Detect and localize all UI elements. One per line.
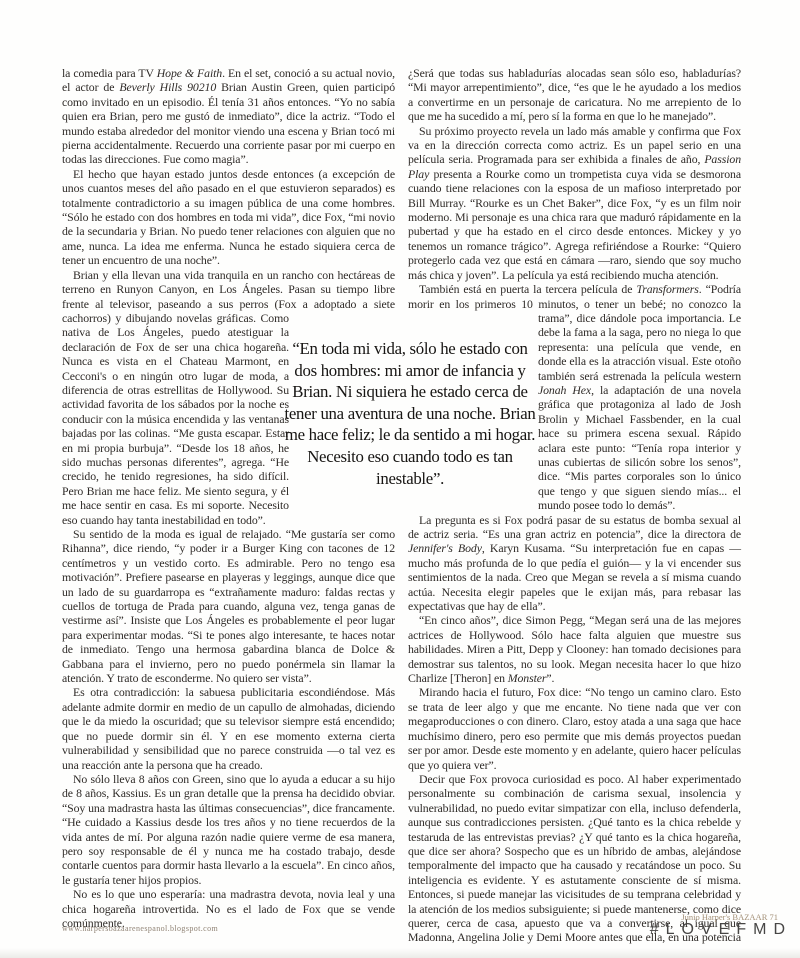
article-paragraph: Su sentido de la moda es igual de relaja… bbox=[62, 527, 395, 685]
text-run: ¿Será que todas sus habladurías alocadas… bbox=[408, 66, 741, 123]
article-column-left: la comedia para TV Hope & Faith. En el s… bbox=[62, 66, 395, 930]
article-paragraph: Su próximo proyecto revela un lado más a… bbox=[408, 124, 741, 282]
magazine-page: la comedia para TV Hope & Faith. En el s… bbox=[0, 0, 800, 958]
article-paragraph: “En cinco años”, dice Simon Pegg, “Megan… bbox=[408, 613, 741, 685]
text-run: , la adaptación de una novela gráfica qu… bbox=[538, 383, 741, 512]
text-run: Su próximo proyecto revela un lado más a… bbox=[408, 124, 741, 167]
text-run: presenta a Rourke como un trompetista cu… bbox=[408, 167, 741, 282]
article-paragraph: Es otra contradicción: la sabuesa public… bbox=[62, 685, 395, 771]
text-run: La pregunta es si Fox podrá pasar de su … bbox=[408, 513, 741, 541]
article-paragraph: La pregunta es si Fox podrá pasar de su … bbox=[408, 513, 741, 614]
article-column-right: ¿Será que todas sus habladurías alocadas… bbox=[408, 66, 741, 958]
article-paragraph: El hecho que hayan estado juntos desde e… bbox=[62, 167, 395, 268]
text-run: Hope & Faith bbox=[157, 66, 222, 80]
article-paragraph: ¿Será que todas sus habladurías alocadas… bbox=[408, 66, 741, 124]
text-run: Es otra contradicción: la sabuesa public… bbox=[62, 685, 395, 771]
text-run: Beverly Hills 90210 bbox=[119, 80, 216, 94]
article-paragraph: la comedia para TV Hope & Faith. En el s… bbox=[62, 66, 395, 167]
text-run: El hecho que hayan estado juntos desde e… bbox=[62, 167, 395, 267]
text-run: Jennifer's Body bbox=[408, 541, 482, 555]
article-paragraph: Mirando hacia el futuro, Fox dice: “No t… bbox=[408, 685, 741, 771]
text-run: También está en puerta la tercera pelícu… bbox=[419, 282, 636, 296]
pull-quote: “En toda mi vida, sólo he estado con dos… bbox=[283, 338, 537, 489]
article-paragraph: No sólo lleva 8 años con Green, sino que… bbox=[62, 772, 395, 887]
text-run: la comedia para TV bbox=[62, 66, 157, 80]
text-run: ”. bbox=[546, 671, 554, 685]
text-run: Su sentido de la moda es igual de relaja… bbox=[62, 527, 395, 685]
text-run: “En cinco años”, dice Simon Pegg, “Megan… bbox=[408, 613, 741, 685]
watermark-lovefmd: #LOVEFMD bbox=[650, 921, 792, 939]
text-run: Jonah Hex bbox=[538, 383, 591, 397]
text-run: Transformers bbox=[636, 282, 698, 296]
text-run: No sólo lleva 8 años con Green, sino que… bbox=[62, 772, 395, 887]
text-run: dibujando novelas gráficas. Como nativa … bbox=[62, 311, 289, 527]
text-run: Monster bbox=[508, 671, 547, 685]
text-run: Mirando hacia el futuro, Fox dice: “No t… bbox=[408, 685, 741, 771]
footer-website-url: www.harpersbazaarenespanol.blogspot.com bbox=[62, 924, 218, 933]
